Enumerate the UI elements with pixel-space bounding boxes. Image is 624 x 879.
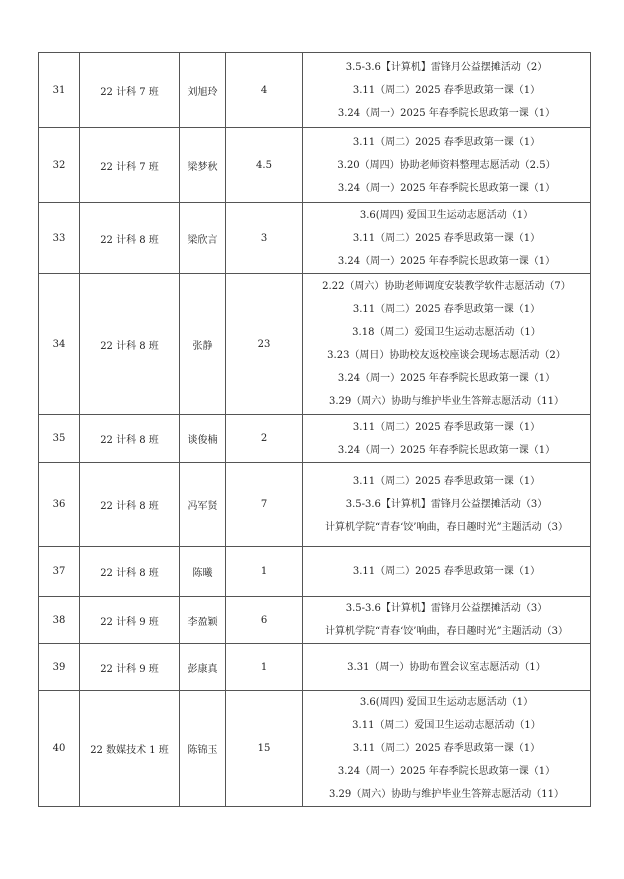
activities-cell: 3.6(周四) 爱国卫生运动志愿活动（1） 3.11（周二）2025 春季思政第… bbox=[303, 203, 591, 274]
activities-cell: 3.5-3.6【计算机】雷锋月公益摆摊活动（2） 3.11（周二）2025 春季… bbox=[303, 53, 591, 128]
activity-line: 3.5-3.6【计算机】雷锋月公益摆摊活动（2） bbox=[303, 56, 590, 79]
class-cell: 22 计科 8 班 bbox=[80, 203, 180, 274]
activities-cell: 3.5-3.6【计算机】雷锋月公益摆摊活动（3） 计算机学院“青春‘饺’响曲，春… bbox=[303, 597, 591, 644]
hours-cell: 2 bbox=[226, 415, 303, 463]
activity-line: 3.31（周一）协助布置会议室志愿活动（1） bbox=[303, 656, 590, 679]
table-row: 37 22 计科 8 班 陈曦 1 3.11（周二）2025 春季思政第一课（1… bbox=[39, 547, 591, 597]
row-number-cell: 33 bbox=[39, 203, 80, 274]
activity-line: 3.6(周四) 爱国卫生运动志愿活动（1） bbox=[303, 691, 590, 714]
table-row: 36 22 计科 8 班 冯军贤 7 3.11（周二）2025 春季思政第一课（… bbox=[39, 463, 591, 547]
hours-cell: 1 bbox=[226, 547, 303, 597]
activities-cell: 3.31（周一）协助布置会议室志愿活动（1） bbox=[303, 644, 591, 691]
student-name-cell: 陈锦玉 bbox=[180, 691, 226, 807]
activity-line: 3.24（周一）2025 年春季院长思政第一课（1） bbox=[303, 439, 590, 462]
table-row: 35 22 计科 8 班 谈俊楠 2 3.11（周二）2025 春季思政第一课（… bbox=[39, 415, 591, 463]
table-row: 33 22 计科 8 班 梁欣言 3 3.6(周四) 爱国卫生运动志愿活动（1）… bbox=[39, 203, 591, 274]
row-number-cell: 38 bbox=[39, 597, 80, 644]
row-number-cell: 37 bbox=[39, 547, 80, 597]
activity-line: 3.5-3.6【计算机】雷锋月公益摆摊活动（3） bbox=[303, 493, 590, 516]
activity-line: 3.24（周一）2025 年春季院长思政第一课（1） bbox=[303, 102, 590, 125]
activity-line: 3.23（周日）协助校友返校座谈会现场志愿活动（2） bbox=[303, 344, 590, 367]
hours-cell: 3 bbox=[226, 203, 303, 274]
activity-line: 3.29（周六）协助与维护毕业生答辩志愿活动（11） bbox=[303, 390, 590, 413]
activity-line: 2.22（周六）协助老师调度安装教学软件志愿活动（7） bbox=[303, 275, 590, 298]
table-row: 31 22 计科 7 班 刘旭玲 4 3.5-3.6【计算机】雷锋月公益摆摊活动… bbox=[39, 53, 591, 128]
activities-cell: 3.11（周二）2025 春季思政第一课（1） bbox=[303, 547, 591, 597]
row-number-cell: 39 bbox=[39, 644, 80, 691]
activity-line: 计算机学院“青春‘饺’响曲，春日趣时光”主题活动（3） bbox=[303, 516, 590, 539]
hours-cell: 7 bbox=[226, 463, 303, 547]
activity-line: 3.11（周二）2025 春季思政第一课（1） bbox=[303, 131, 590, 154]
student-name-cell: 谈俊楠 bbox=[180, 415, 226, 463]
activity-line: 3.11（周二）2025 春季思政第一课（1） bbox=[303, 470, 590, 493]
hours-cell: 4 bbox=[226, 53, 303, 128]
class-cell: 22 计科 8 班 bbox=[80, 274, 180, 415]
row-number-cell: 31 bbox=[39, 53, 80, 128]
student-name-cell: 刘旭玲 bbox=[180, 53, 226, 128]
class-cell: 22 计科 8 班 bbox=[80, 415, 180, 463]
activity-line: 3.11（周二）2025 春季思政第一课（1） bbox=[303, 79, 590, 102]
activities-cell: 3.11（周二）2025 春季思政第一课（1） 3.5-3.6【计算机】雷锋月公… bbox=[303, 463, 591, 547]
student-name-cell: 梁欣言 bbox=[180, 203, 226, 274]
activity-line: 3.20（周四）协助老师资料整理志愿活动（2.5） bbox=[303, 154, 590, 177]
activity-line: 计算机学院“青春‘饺’响曲，春日趣时光”主题活动（3） bbox=[303, 620, 590, 643]
table-row: 39 22 计科 9 班 彭康真 1 3.31（周一）协助布置会议室志愿活动（1… bbox=[39, 644, 591, 691]
activities-cell: 3.11（周二）2025 春季思政第一课（1） 3.20（周四）协助老师资料整理… bbox=[303, 128, 591, 203]
activity-line: 3.11（周二）爱国卫生运动志愿活动（1） bbox=[303, 714, 590, 737]
student-name-cell: 陈曦 bbox=[180, 547, 226, 597]
row-number-cell: 35 bbox=[39, 415, 80, 463]
class-cell: 22 计科 8 班 bbox=[80, 547, 180, 597]
class-cell: 22 计科 9 班 bbox=[80, 644, 180, 691]
activity-line: 3.11（周二）2025 春季思政第一课（1） bbox=[303, 560, 590, 583]
activity-line: 3.6(周四) 爱国卫生运动志愿活动（1） bbox=[303, 204, 590, 227]
activity-line: 3.11（周二）2025 春季思政第一课（1） bbox=[303, 416, 590, 439]
student-name-cell: 梁梦秋 bbox=[180, 128, 226, 203]
table-row: 34 22 计科 8 班 张静 23 2.22（周六）协助老师调度安装教学软件志… bbox=[39, 274, 591, 415]
class-cell: 22 计科 7 班 bbox=[80, 53, 180, 128]
activity-line: 3.24（周一）2025 年春季院长思政第一课（1） bbox=[303, 250, 590, 273]
hours-cell: 6 bbox=[226, 597, 303, 644]
table-row: 32 22 计科 7 班 梁梦秋 4.5 3.11（周二）2025 春季思政第一… bbox=[39, 128, 591, 203]
student-name-cell: 李盈颖 bbox=[180, 597, 226, 644]
table-row: 40 22 数媒技术 1 班 陈锦玉 15 3.6(周四) 爱国卫生运动志愿活动… bbox=[39, 691, 591, 807]
activity-line: 3.24（周一）2025 年春季院长思政第一课（1） bbox=[303, 760, 590, 783]
hours-cell: 15 bbox=[226, 691, 303, 807]
activity-line: 3.24（周一）2025 年春季院长思政第一课（1） bbox=[303, 367, 590, 390]
activity-line: 3.18（周二）爱国卫生运动志愿活动（1） bbox=[303, 321, 590, 344]
hours-cell: 4.5 bbox=[226, 128, 303, 203]
class-cell: 22 计科 7 班 bbox=[80, 128, 180, 203]
activity-line: 3.24（周一）2025 年春季院长思政第一课（1） bbox=[303, 177, 590, 200]
activity-line: 3.11（周二）2025 春季思政第一课（1） bbox=[303, 737, 590, 760]
row-number-cell: 34 bbox=[39, 274, 80, 415]
class-cell: 22 数媒技术 1 班 bbox=[80, 691, 180, 807]
row-number-cell: 36 bbox=[39, 463, 80, 547]
hours-cell: 1 bbox=[226, 644, 303, 691]
row-number-cell: 32 bbox=[39, 128, 80, 203]
student-name-cell: 彭康真 bbox=[180, 644, 226, 691]
hours-cell: 23 bbox=[226, 274, 303, 415]
activity-line: 3.5-3.6【计算机】雷锋月公益摆摊活动（3） bbox=[303, 597, 590, 620]
table-row: 38 22 计科 9 班 李盈颖 6 3.5-3.6【计算机】雷锋月公益摆摊活动… bbox=[39, 597, 591, 644]
activities-cell: 3.6(周四) 爱国卫生运动志愿活动（1） 3.11（周二）爱国卫生运动志愿活动… bbox=[303, 691, 591, 807]
student-name-cell: 冯军贤 bbox=[180, 463, 226, 547]
volunteer-hours-table: 31 22 计科 7 班 刘旭玲 4 3.5-3.6【计算机】雷锋月公益摆摊活动… bbox=[38, 52, 591, 807]
student-name-cell: 张静 bbox=[180, 274, 226, 415]
activities-cell: 2.22（周六）协助老师调度安装教学软件志愿活动（7） 3.11（周二）2025… bbox=[303, 274, 591, 415]
activity-line: 3.29（周六）协助与维护毕业生答辩志愿活动（11） bbox=[303, 783, 590, 806]
class-cell: 22 计科 9 班 bbox=[80, 597, 180, 644]
activity-line: 3.11（周二）2025 春季思政第一课（1） bbox=[303, 227, 590, 250]
activities-cell: 3.11（周二）2025 春季思政第一课（1） 3.24（周一）2025 年春季… bbox=[303, 415, 591, 463]
row-number-cell: 40 bbox=[39, 691, 80, 807]
activity-line: 3.11（周二）2025 春季思政第一课（1） bbox=[303, 298, 590, 321]
class-cell: 22 计科 8 班 bbox=[80, 463, 180, 547]
